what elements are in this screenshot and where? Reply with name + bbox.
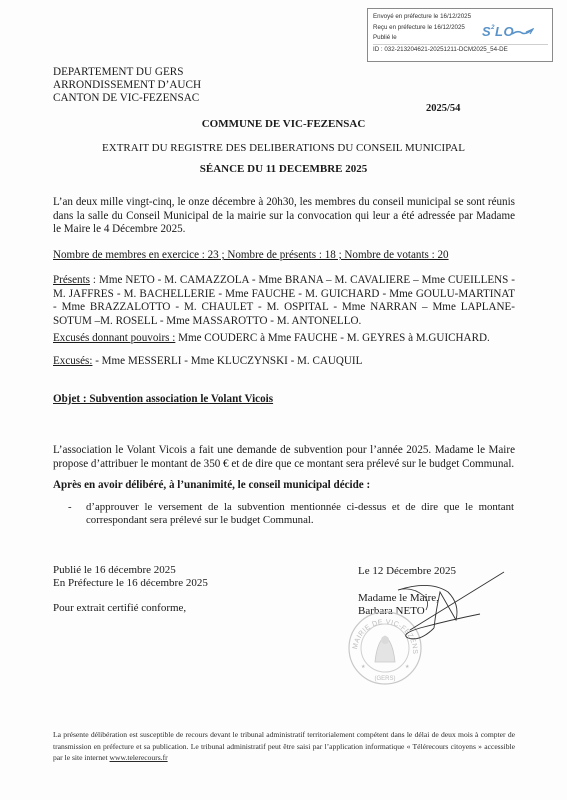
stamp-id: ID : 032-213204621-20251211-DCM2025_54-D… xyxy=(373,44,548,56)
administrative-header: DEPARTEMENT DU GERS ARRONDISSEMENT D’AUC… xyxy=(53,66,201,106)
publie-date: Publié le 16 décembre 2025 xyxy=(53,564,208,577)
decision-item: d’approuver le versement de la subventio… xyxy=(86,501,514,528)
commune-title: COMMUNE DE VIC-FEZENSAC xyxy=(0,118,567,130)
svg-text:(GERS): (GERS) xyxy=(375,676,396,682)
intro-paragraph: L’an deux mille vingt-cinq, le onze déce… xyxy=(53,196,515,237)
excuses-label: Excusés: xyxy=(53,355,92,367)
association-paragraph: L’association le Volant Vicois a fait un… xyxy=(53,444,515,471)
extrait-title: EXTRAIT DU REGISTRE DES DELIBERATIONS DU… xyxy=(0,142,567,154)
departement: DEPARTEMENT DU GERS xyxy=(53,66,201,79)
publication-info: Publié le 16 décembre 2025 En Préfecture… xyxy=(53,564,208,590)
signature-icon xyxy=(390,570,505,650)
objet-heading: Objet : Subvention association le Volant… xyxy=(53,393,515,407)
pouvoirs-paragraph: Excusés donnant pouvoirs : Mme COUDERC à… xyxy=(53,332,515,346)
canton: CANTON DE VIC-FEZENSAC xyxy=(53,92,201,105)
seance-title: SÉANCE DU 11 DECEMBRE 2025 xyxy=(0,163,567,175)
decision-intro: Après en avoir délibéré, à l’unanimité, … xyxy=(53,479,515,493)
pouvoirs-label: Excusés donnant pouvoirs : xyxy=(53,332,175,344)
certification-text: Pour extrait certifié conforme, xyxy=(53,602,186,614)
pouvoirs-list: Mme COUDERC à Mme FAUCHE - M. GEYRES à M… xyxy=(175,332,489,344)
presents-paragraph: Présents : Mme NETO - M. CAMAZZOLA - Mme… xyxy=(53,274,515,328)
legal-footer: La présente délibération est susceptible… xyxy=(53,729,515,764)
members-count: Nombre de membres en exercice : 23 ; Nom… xyxy=(53,249,515,263)
excuses-list: - Mme MESSERLI - Mme KLUCZYNSKI - M. CAU… xyxy=(92,355,362,367)
telerecours-link[interactable]: www.telerecours.fr xyxy=(110,753,168,762)
arrondissement: ARRONDISSEMENT D’AUCH xyxy=(53,79,201,92)
s2lo-logo: S2LO xyxy=(482,24,514,39)
presents-list: : Mme NETO - M. CAMAZZOLA - Mme BRANA – … xyxy=(53,274,515,327)
excuses-paragraph: Excusés: - Mme MESSERLI - Mme KLUCZYNSKI… xyxy=(53,355,515,369)
presents-label: Présents xyxy=(53,274,90,286)
s2lo-wing-icon xyxy=(512,28,534,36)
stamp-envoye: Envoyé en préfecture le 16/12/2025 xyxy=(373,12,552,23)
svg-text:★: ★ xyxy=(361,664,366,670)
prefecture-date: En Préfecture le 16 décembre 2025 xyxy=(53,577,208,590)
decision-bullet: - xyxy=(68,501,72,513)
svg-text:★: ★ xyxy=(405,664,410,670)
deliberation-reference: 2025/54 xyxy=(426,103,460,114)
